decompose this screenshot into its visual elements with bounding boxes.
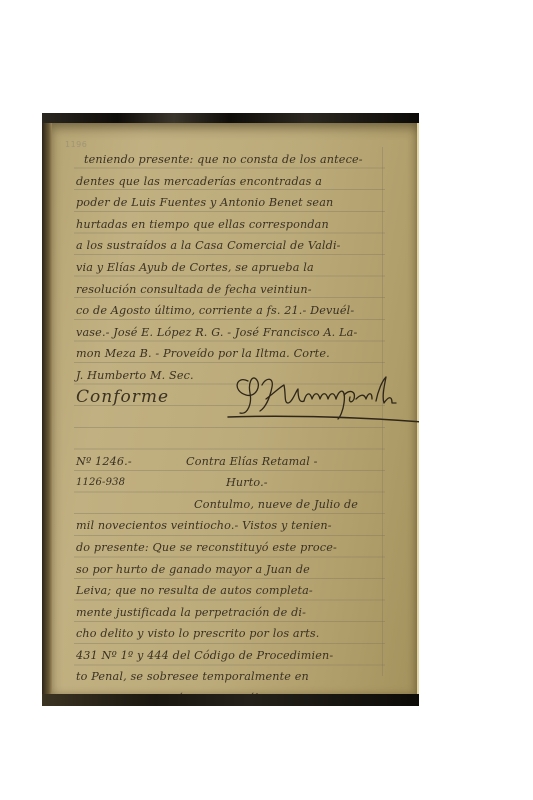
text-line: 431 Nº 1º y 444 del Código de Procedimie… (76, 645, 396, 667)
second-entry: Nº 1246.- Contra Elías Retamal - 1126-93… (76, 451, 396, 706)
text-line: dentes que las mercaderías encontradas a (76, 171, 396, 193)
text-line: mil novecientos veintiocho.- Vistos y te… (76, 515, 396, 537)
signature-icon (226, 373, 419, 425)
bottom-binding-edge (42, 694, 419, 706)
text-line: Contulmo, nueve de Julio de (76, 494, 396, 516)
case-header-row: Nº 1246.- Contra Elías Retamal - (76, 451, 396, 473)
case-title: Contra Elías Retamal - (186, 451, 318, 473)
scanned-page: 1196 teniendo presente: que no consta de… (42, 113, 419, 706)
text-line: Leiva; que no resulta de autos completa- (76, 580, 396, 602)
case-subheader-row: 1126-938 Hurto.- (76, 472, 396, 494)
ledger-page: 1196 teniendo presente: que no consta de… (52, 123, 419, 694)
text-line: do presente: Que se reconstituyó este pr… (76, 537, 396, 559)
text-line: vase.- José E. López R. G. - José Franci… (76, 322, 396, 344)
handwritten-text: teniendo presente: que no consta de los … (76, 149, 396, 706)
text-line: cho delito y visto lo prescrito por los … (76, 623, 396, 645)
conforme-word: Conforme (76, 387, 169, 409)
text-line: teniendo presente: que no consta de los … (76, 149, 396, 171)
archive-stamp: 1196 (65, 140, 87, 149)
first-entry: teniendo presente: que no consta de los … (76, 149, 396, 417)
text-line: poder de Luis Fuentes y Antonio Benet se… (76, 192, 396, 214)
text-line: hurtadas en tiempo que ellas corresponda… (76, 214, 396, 236)
text-line: mon Meza B. - Proveído por la Iltma. Cor… (76, 343, 396, 365)
case-subtitle: Hurto.- (226, 472, 268, 494)
text-line: via y Elías Ayub de Cortes, se aprueba l… (76, 257, 396, 279)
text-line: so por hurto de ganado mayor a Juan de (76, 559, 396, 581)
gutter-shadow (42, 123, 52, 694)
text-line: resolución consultada de fecha veintiun- (76, 279, 396, 301)
attestation-row: Conforme (76, 387, 396, 417)
case-number: Nº 1246.- (76, 451, 132, 473)
text-line: co de Agosto último, corriente a fs. 21.… (76, 300, 396, 322)
text-line: a los sustraídos a la Casa Comercial de … (76, 235, 396, 257)
top-binding-edge (42, 113, 419, 123)
case-reference: 1126-938 (76, 472, 125, 494)
text-line: to Penal, se sobresee temporalmente en (76, 666, 396, 688)
text-line: mente justificada la perpetración de di- (76, 602, 396, 624)
